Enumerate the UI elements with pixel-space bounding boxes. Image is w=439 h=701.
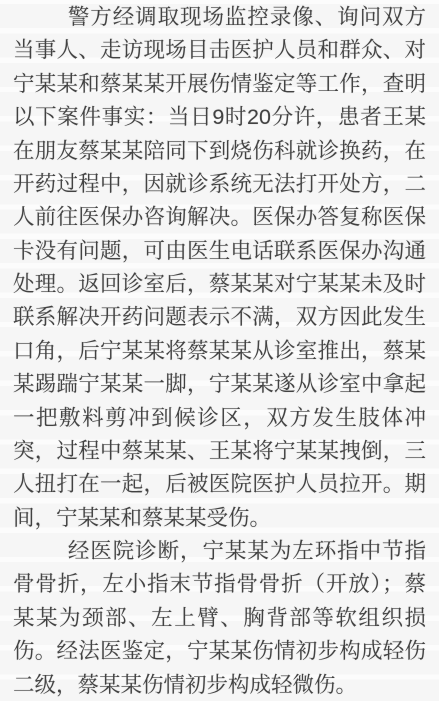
article-paragraph-injury-assessment: 经医院诊断，宁某某为左环指中节指骨骨折，左小指末节指骨骨折（开放）；蔡某某为颈部… bbox=[13, 535, 426, 701]
article-page: 警方经调取现场监控录像、询问双方当事人、走访现场目击医护人员和群众、对宁某某和蔡… bbox=[0, 0, 439, 701]
article-paragraph-case-facts: 警方经调取现场监控录像、询问双方当事人、走访现场目击医护人员和群众、对宁某某和蔡… bbox=[13, 1, 426, 535]
